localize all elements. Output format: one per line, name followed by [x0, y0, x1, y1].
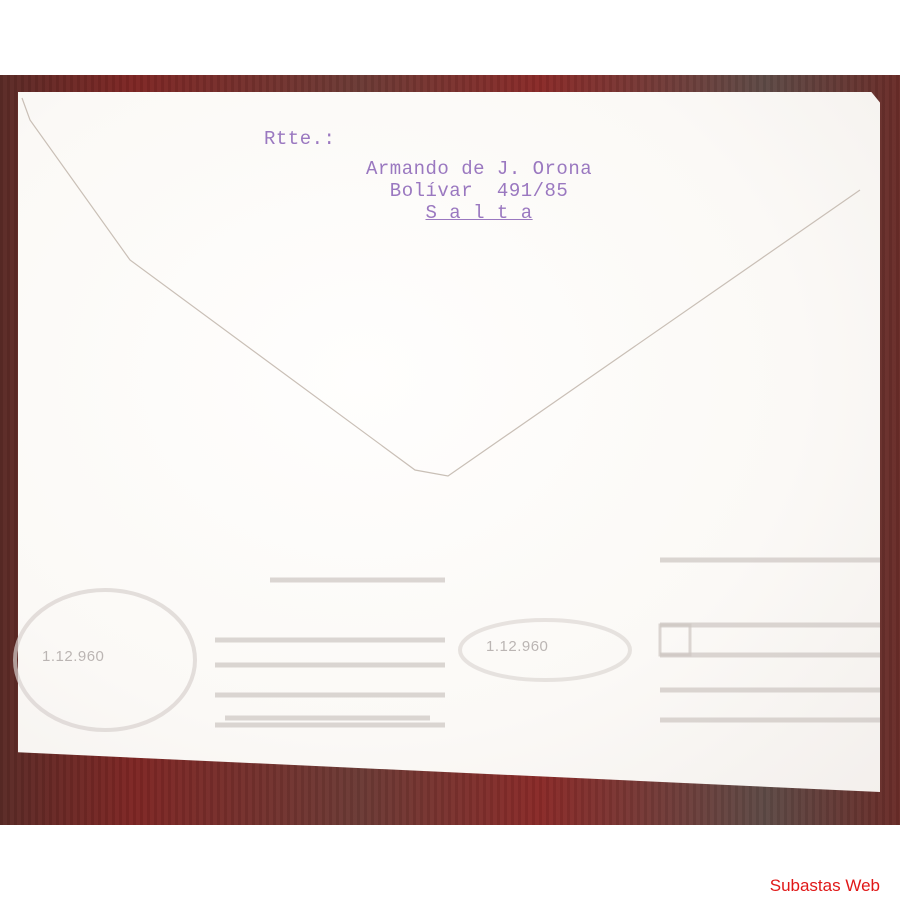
flap-fold-line	[22, 98, 860, 476]
sender-street: Bolívar 491/85	[366, 180, 592, 202]
envelope-details	[0, 0, 900, 900]
watermark: Subastas Web	[770, 876, 880, 896]
postmark-box	[660, 625, 690, 655]
sender-label: Rtte.:	[264, 128, 335, 150]
sender-name: Armando de J. Orona	[366, 158, 592, 180]
sender-city: S a l t a	[366, 202, 592, 224]
return-address: Armando de J. Orona Bolívar 491/85 S a l…	[366, 158, 592, 224]
postmark-date: 1.12.960	[42, 648, 104, 665]
postmark-date: 1.12.960	[486, 638, 548, 655]
